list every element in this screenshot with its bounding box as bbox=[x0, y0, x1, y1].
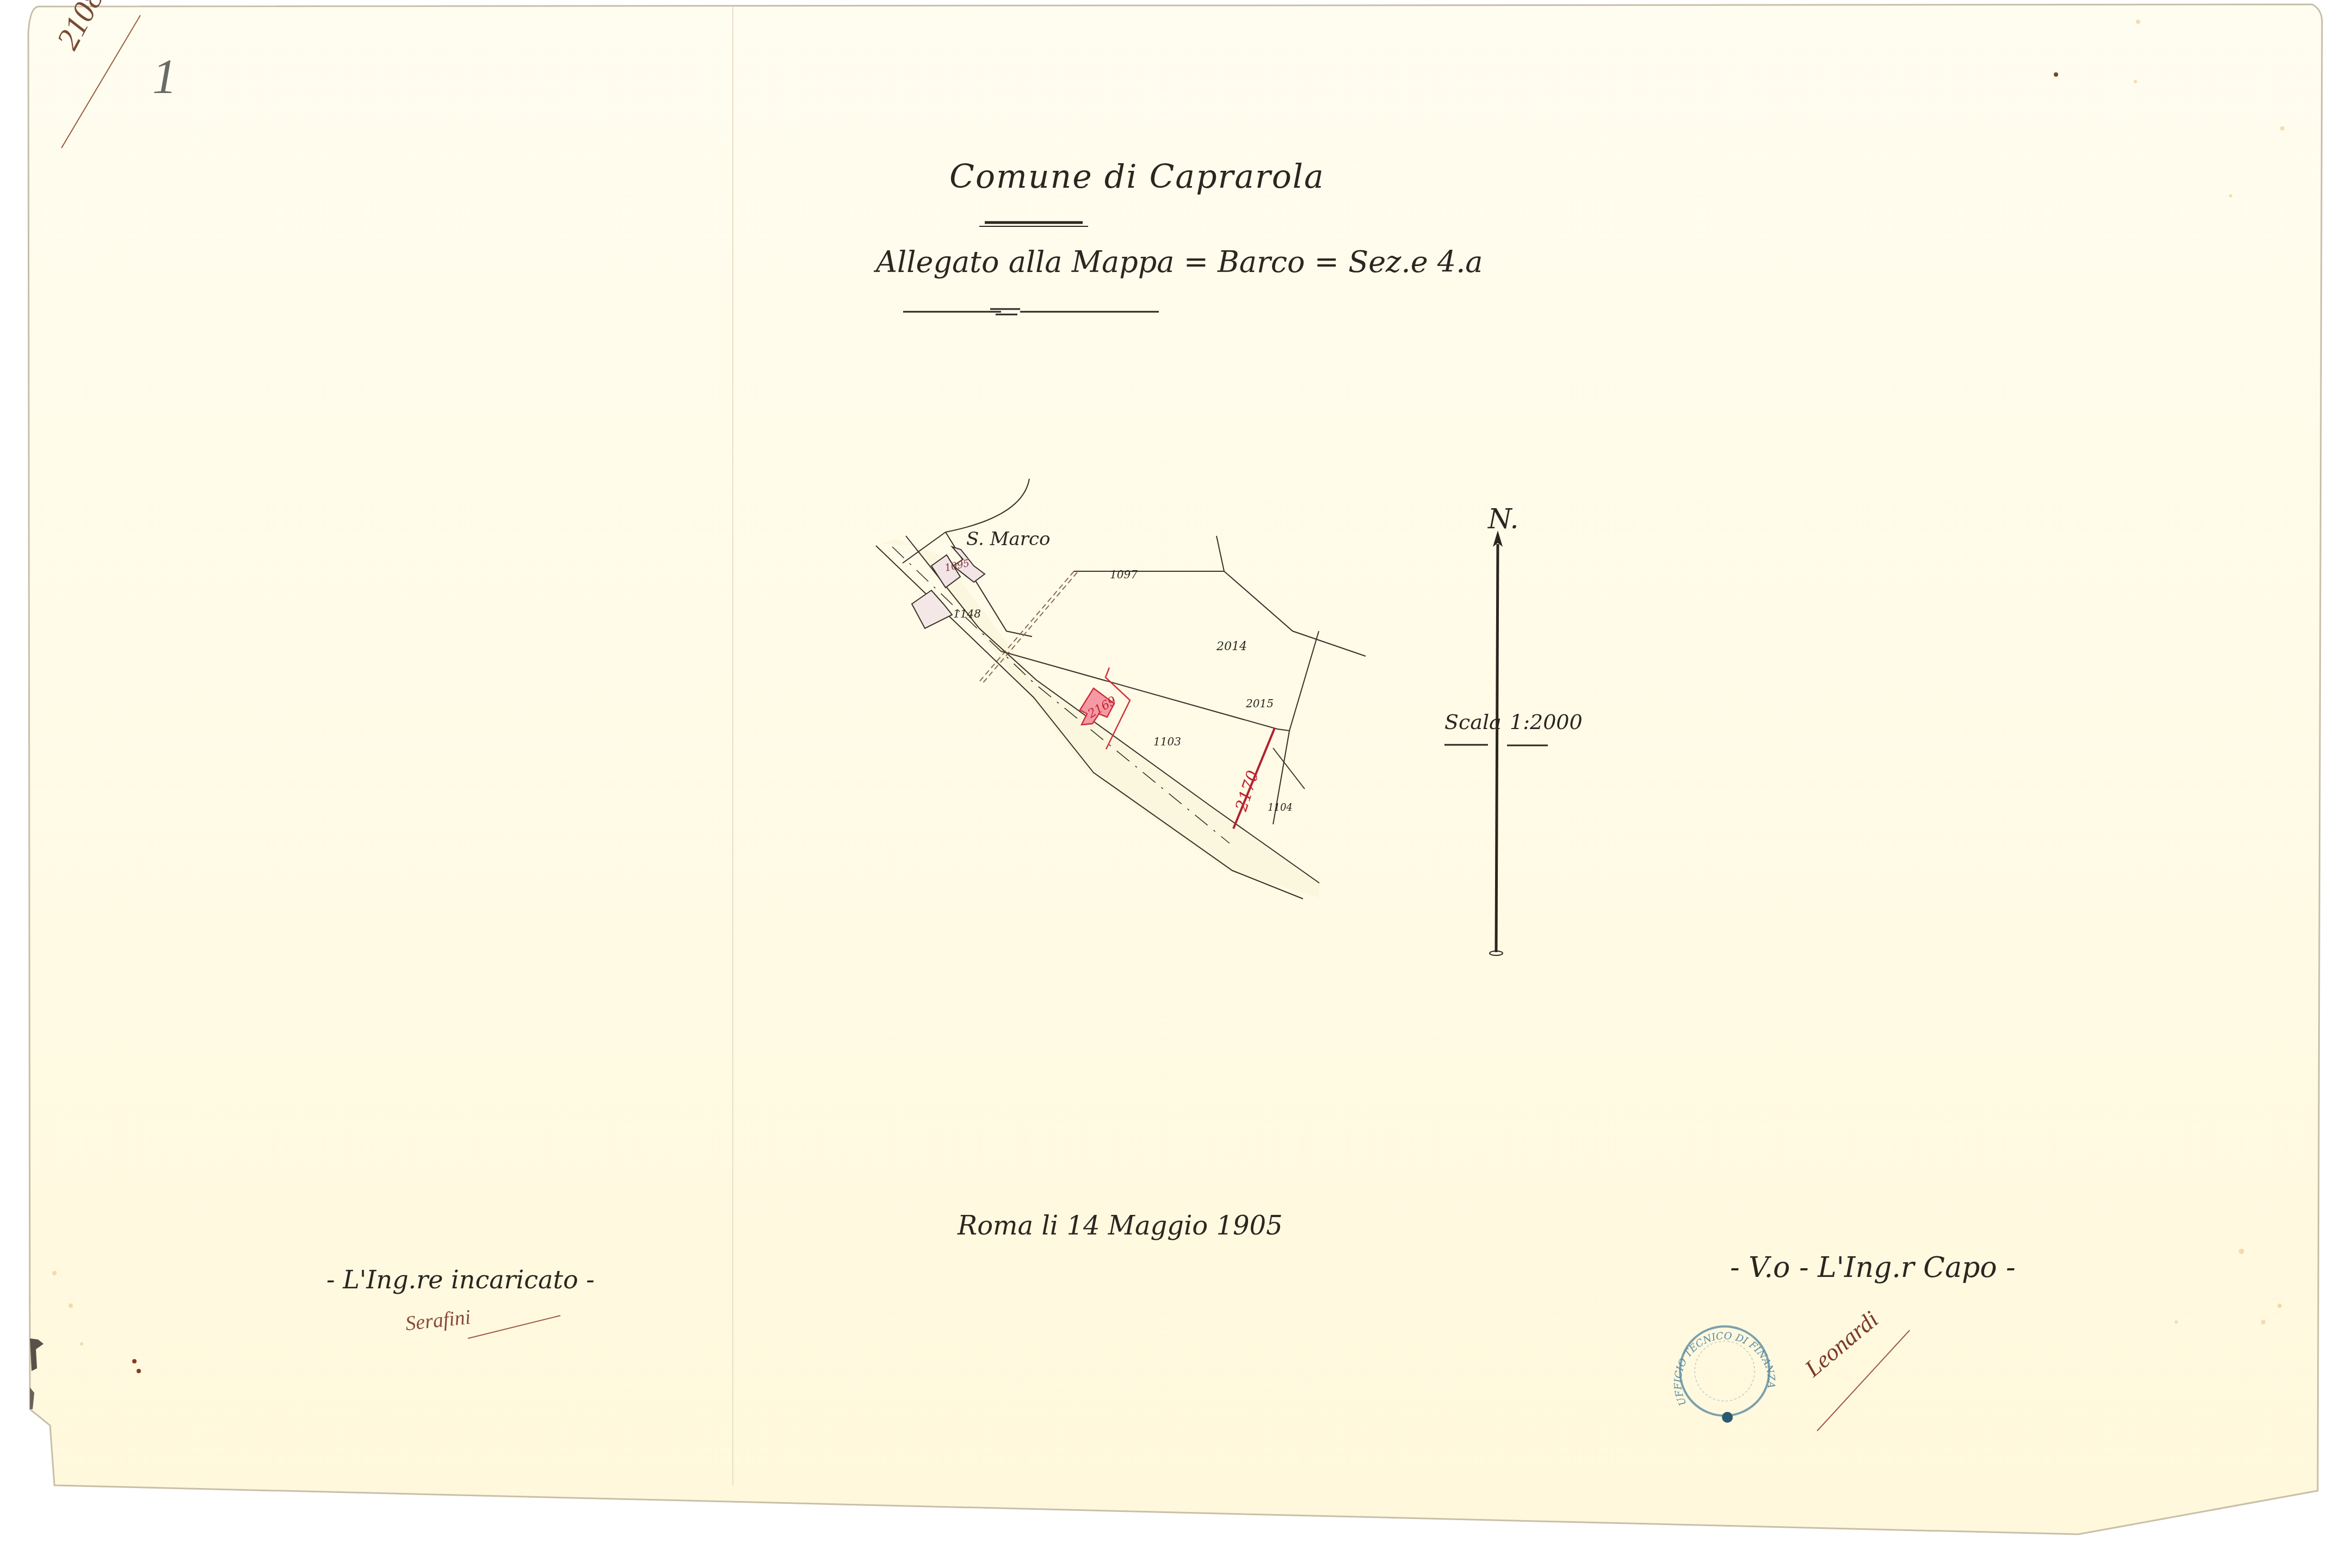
cadastral-map: 1095 1097 1148 2014 2015 1103 1104 2169 … bbox=[0, 0, 2328, 1568]
place-and-date: Roma li 14 Maggio 1905 bbox=[958, 1211, 1283, 1241]
svg-text:2014: 2014 bbox=[1216, 640, 1247, 653]
engineer-title: - L'Ing.re incaricato - bbox=[326, 1265, 595, 1294]
chief-engineer-title: - V.o - L'Ing.r Capo - bbox=[1730, 1251, 2016, 1284]
scanned-map-sheet: 2108 1 Comune di Caprarola Allegato alla… bbox=[0, 0, 2328, 1568]
official-stamp: UFFICIO TECNICO DI FINANZA bbox=[1670, 1317, 1779, 1436]
svg-text:1103: 1103 bbox=[1153, 735, 1181, 748]
scale-value: 1:2000 bbox=[1510, 710, 1583, 734]
svg-text:2170: 2170 bbox=[1232, 768, 1263, 814]
svg-text:1097: 1097 bbox=[1110, 568, 1138, 581]
svg-text:1148: 1148 bbox=[953, 607, 981, 620]
north-label: N. bbox=[1488, 503, 1518, 535]
scale-underline bbox=[1442, 743, 1583, 748]
scale-label: Scala bbox=[1444, 710, 1502, 734]
north-arrow bbox=[1469, 501, 1610, 968]
signature-flourish bbox=[462, 1311, 571, 1344]
signature-flourish-right bbox=[1812, 1328, 1921, 1447]
svg-text:1104: 1104 bbox=[1268, 802, 1293, 813]
svg-text:2015: 2015 bbox=[1245, 697, 1274, 710]
